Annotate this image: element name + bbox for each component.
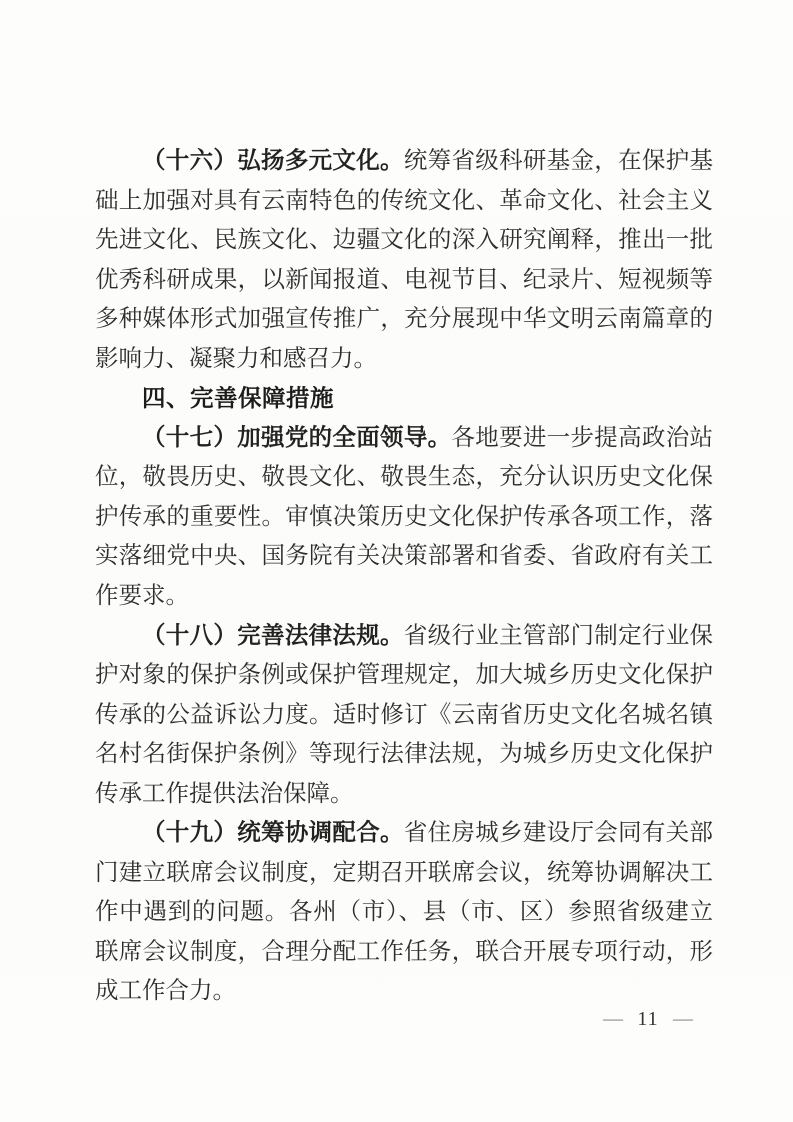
line-text: 成工作合力。 — [95, 978, 236, 1004]
line-text: 护传承的重要性。审慎决策历史文化保护传承各项工作，落 — [95, 504, 713, 530]
line-text: 各地要进一步提高政治站 — [451, 425, 713, 451]
line-text: 省级行业主管部门制定行业保 — [404, 623, 713, 649]
page-number-value: 11 — [637, 1004, 658, 1034]
line-text: 先进文化、民族文化、边疆文化的深入研究阐释，推出一批 — [95, 227, 713, 253]
section-4-heading: 四、完善保障措施 — [95, 379, 713, 419]
text-line: 实落细党中央、国务院有关决策部署和省委、省政府有关工 — [95, 537, 713, 577]
text-line: 联席会议制度，合理分配工作任务，联合开展专项行动，形 — [95, 933, 713, 973]
text-line: 作要求。 — [95, 577, 713, 617]
scanned-document-page: { "page": { "number": "11", "dash": "—" … — [0, 0, 793, 1122]
line-text: 位，敬畏历史、敬畏文化、敬畏生态，充分认识历史文化保 — [95, 464, 713, 490]
text-line: 护传承的重要性。审慎决策历史文化保护传承各项工作，落 — [95, 498, 713, 538]
line-text: 统筹省级科研基金，在保护基 — [404, 148, 713, 174]
item-19-paragraph: （十九）统筹协调配合。省住房城乡建设厅会同有关部门建立联席会议制度，定期召开联席… — [95, 814, 713, 1012]
text-line: （十九）统筹协调配合。省住房城乡建设厅会同有关部 — [95, 814, 713, 854]
text-line: 先进文化、民族文化、边疆文化的深入研究阐释，推出一批 — [95, 221, 713, 261]
text-line: 传承工作提供法治保障。 — [95, 775, 713, 815]
line-text: 传承工作提供法治保障。 — [95, 781, 354, 807]
item-title-lead: （十八）完善法律法规。 — [142, 623, 404, 649]
text-line: 门建立联席会议制度，定期召开联席会议，统筹协调解决工 — [95, 854, 713, 894]
line-text: 影响力、凝聚力和感召力。 — [95, 346, 377, 372]
text-line: 优秀科研成果，以新闻报道、电视节目、纪录片、短视频等 — [95, 261, 713, 301]
line-text: 四、完善保障措施 — [142, 385, 334, 411]
text-line: 名村名街保护条例》等现行法律法规，为城乡历史文化保护 — [95, 735, 713, 775]
text-line: （十八）完善法律法规。省级行业主管部门制定行业保 — [95, 617, 713, 657]
text-line: 础上加强对具有云南特色的传统文化、革命文化、社会主义 — [95, 182, 713, 222]
item-18-paragraph: （十八）完善法律法规。省级行业主管部门制定行业保护对象的保护条例或保护管理规定，… — [95, 617, 713, 815]
line-text: 优秀科研成果，以新闻报道、电视节目、纪录片、短视频等 — [95, 267, 713, 293]
text-line: 位，敬畏历史、敬畏文化、敬畏生态，充分认识历史文化保 — [95, 458, 713, 498]
text-line: 影响力、凝聚力和感召力。 — [95, 340, 713, 380]
line-text: 传承的公益诉讼力度。适时修订《云南省历史文化名城名镇 — [95, 702, 713, 728]
line-text: 实落细党中央、国务院有关决策部署和省委、省政府有关工 — [95, 543, 713, 569]
heading-line: 四、完善保障措施 — [95, 379, 713, 419]
text-line: 传承的公益诉讼力度。适时修订《云南省历史文化名城名镇 — [95, 696, 713, 736]
line-text: 联席会议制度，合理分配工作任务，联合开展专项行动，形 — [95, 939, 713, 965]
text-line: （十七）加强党的全面领导。各地要进一步提高政治站 — [95, 419, 713, 459]
line-text: 护对象的保护条例或保护管理规定，加大城乡历史文化保护 — [95, 662, 713, 688]
line-text: 作中遇到的问题。各州（市）、县（市、区）参照省级建立 — [95, 899, 713, 925]
page-number-dash-left: — — [603, 1006, 623, 1032]
line-text: 门建立联席会议制度，定期召开联席会议，统筹协调解决工 — [95, 860, 713, 886]
item-title-lead: （十九）统筹协调配合。 — [142, 820, 404, 846]
paper-sheet: （十六）弘扬多元文化。统筹省级科研基金，在保护基础上加强对具有云南特色的传统文化… — [0, 0, 793, 1122]
text-line: 多种媒体形式加强宣传推广，充分展现中华文明云南篇章的 — [95, 300, 713, 340]
item-16-paragraph: （十六）弘扬多元文化。统筹省级科研基金，在保护基础上加强对具有云南特色的传统文化… — [95, 142, 713, 379]
line-text: 础上加强对具有云南特色的传统文化、革命文化、社会主义 — [95, 188, 713, 214]
line-text: 省住房城乡建设厅会同有关部 — [404, 820, 713, 846]
page-number: — 11 — — [603, 1004, 693, 1034]
line-text: 作要求。 — [95, 583, 189, 609]
text-line: 护对象的保护条例或保护管理规定，加大城乡历史文化保护 — [95, 656, 713, 696]
text-line: （十六）弘扬多元文化。统筹省级科研基金，在保护基 — [95, 142, 713, 182]
line-text: 名村名街保护条例》等现行法律法规，为城乡历史文化保护 — [95, 741, 713, 767]
item-17-paragraph: （十七）加强党的全面领导。各地要进一步提高政治站位，敬畏历史、敬畏文化、敬畏生态… — [95, 419, 713, 617]
page-number-dash-right: — — [673, 1006, 693, 1032]
item-title-lead: （十六）弘扬多元文化。 — [142, 148, 404, 174]
document-body: （十六）弘扬多元文化。统筹省级科研基金，在保护基础上加强对具有云南特色的传统文化… — [95, 142, 713, 1012]
text-line: 作中遇到的问题。各州（市）、县（市、区）参照省级建立 — [95, 893, 713, 933]
line-text: 多种媒体形式加强宣传推广，充分展现中华文明云南篇章的 — [95, 306, 713, 332]
item-title-lead: （十七）加强党的全面领导。 — [142, 425, 451, 451]
